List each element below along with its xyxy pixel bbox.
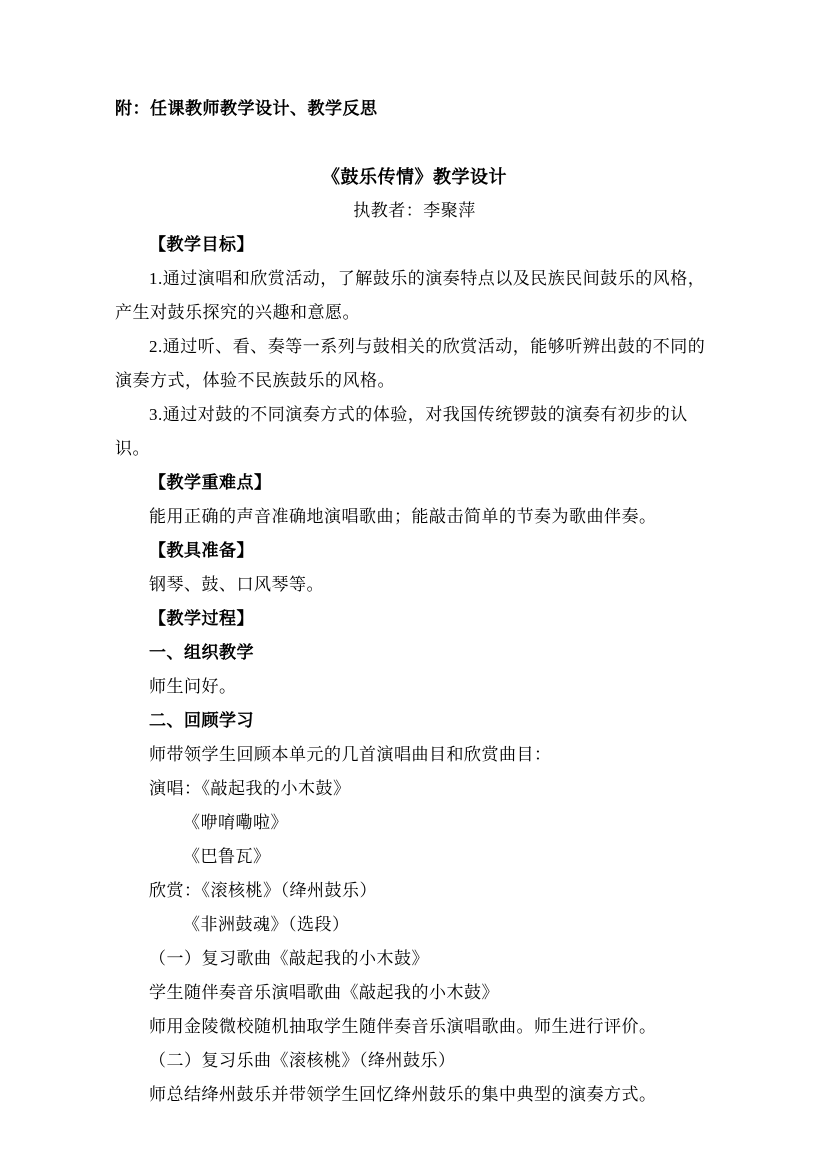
process-heading: 【教学过程】 <box>115 602 714 636</box>
spacer <box>115 126 714 160</box>
key-points-heading: 【教学重难点】 <box>115 466 714 500</box>
listen-list-item: 《非洲鼓魂》（选段） <box>115 908 714 942</box>
teacher-byline: 执教者：李聚萍 <box>115 194 714 228</box>
listen-list-first-line: 欣赏：《滚核桃》（绛州鼓乐） <box>115 874 714 908</box>
objective-2: 2.通过听、看、奏等一系列与鼓相关的欣赏活动，能够听辨出鼓的不同的演奏方式，体验… <box>115 330 714 398</box>
document-page: 附：任课教师教学设计、教学反思 《鼓乐传情》教学设计 执教者：李聚萍 【教学目标… <box>0 0 827 1170</box>
materials-text: 钢琴、鼓、口风琴等。 <box>115 568 714 602</box>
process-part2-intro: 师带领学生回顾本单元的几首演唱曲目和欣赏曲目： <box>115 738 714 772</box>
review1-line: 学生随伴奏音乐演唱歌曲《敲起我的小木鼓》 <box>115 976 714 1010</box>
sing-list-item: 《巴鲁瓦》 <box>115 840 714 874</box>
sing-list-item: 《咿唷嘞啦》 <box>115 806 714 840</box>
process-part2-heading: 二、回顾学习 <box>115 704 714 738</box>
attachment-heading: 附：任课教师教学设计、教学反思 <box>115 92 714 126</box>
materials-heading: 【教具准备】 <box>115 534 714 568</box>
objectives-heading: 【教学目标】 <box>115 228 714 262</box>
process-part1-text: 师生问好。 <box>115 670 714 704</box>
review1-line: 师用金陵微校随机抽取学生随伴奏音乐演唱歌曲。师生进行评价。 <box>115 1010 714 1044</box>
review1-heading: （一）复习歌曲《敲起我的小木鼓》 <box>115 942 714 976</box>
process-part1-heading: 一、组织教学 <box>115 636 714 670</box>
document-title: 《鼓乐传情》教学设计 <box>115 160 714 194</box>
sing-list-first-line: 演唱：《敲起我的小木鼓》 <box>115 772 714 806</box>
objective-1: 1.通过演唱和欣赏活动，了解鼓乐的演奏特点以及民族民间鼓乐的风格，产生对鼓乐探究… <box>115 262 714 330</box>
key-points-text: 能用正确的声音准确地演唱歌曲；能敲击简单的节奏为歌曲伴奏。 <box>115 500 714 534</box>
review2-line: 师总结绛州鼓乐并带领学生回忆绛州鼓乐的集中典型的演奏方式。 <box>115 1078 714 1112</box>
objective-3: 3.通过对鼓的不同演奏方式的体验，对我国传统锣鼓的演奏有初步的认识。 <box>115 398 714 466</box>
review2-heading: （二）复习乐曲《滚核桃》（绛州鼓乐） <box>115 1044 714 1078</box>
